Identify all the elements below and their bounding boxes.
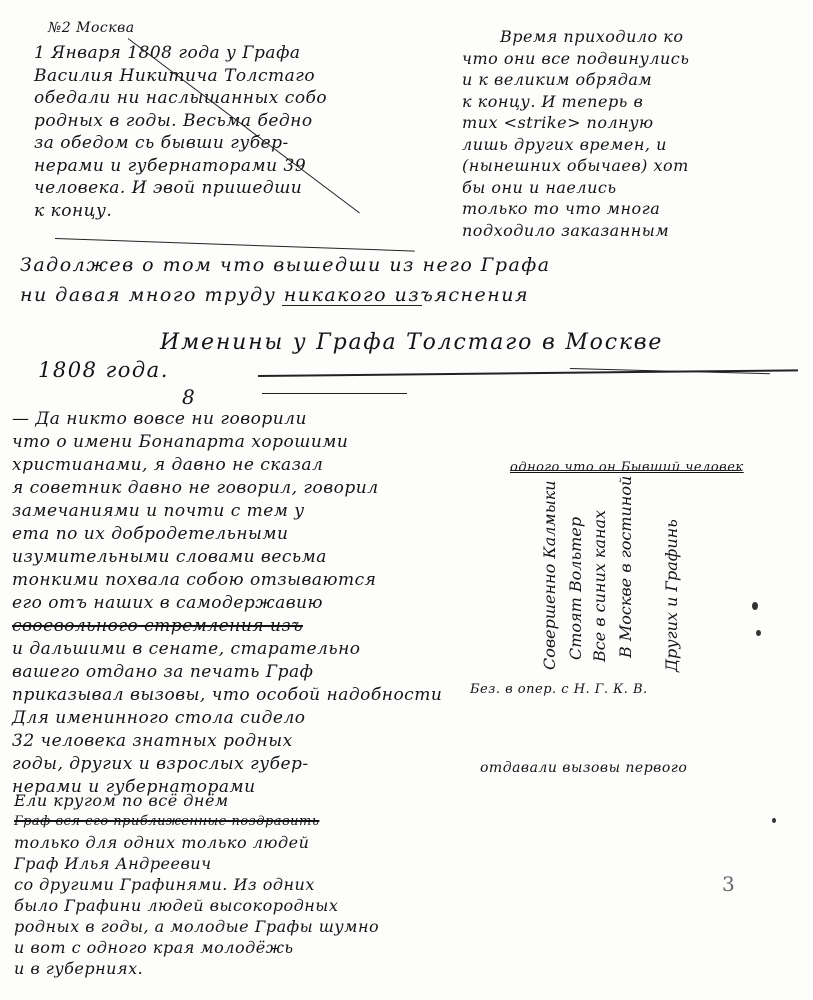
manuscript-page: №2 Москва 1 Января 1808 года у Графа Вас… (0, 0, 813, 1000)
right-line: лишь других времен, и (462, 134, 689, 156)
left-line: за обедом сь бывши губер- (34, 132, 327, 155)
right-line: подходило заказанным (462, 220, 689, 242)
left-line: родных в годы. Весьма бедно (34, 110, 327, 133)
right-line: Время приходило ко (462, 26, 689, 48)
body-line: ета по их добродетельными (12, 523, 442, 546)
lower-line: родных в годы, а молодые Графы шумно (14, 916, 379, 937)
body-line: христианами, я давно не сказал (12, 454, 442, 477)
right-line: бы они и наелись (462, 177, 689, 199)
lower-line: и в губерниях. (14, 958, 379, 979)
lower-text: Ели кругом по всё днём Граф вся его приб… (14, 790, 379, 979)
lower-line: только для одних только людей (14, 832, 379, 853)
left-line: обедали ни наслышанных собо (34, 87, 327, 110)
section-title: Именины у Графа Толстаго в Москве (160, 330, 663, 355)
margin-note-line: Стоят Вольтер (566, 370, 585, 660)
body-line: что о имени Бонапарта хорошими (12, 431, 442, 454)
ink-speck (756, 630, 761, 636)
margin-note-line: Совершенно Калмыки (540, 380, 559, 670)
section-number: 8 (182, 385, 195, 409)
middle-text: Задолжев о том что вышедши из него Графа… (20, 250, 551, 310)
body-line: годы, других и взрослых губер- (12, 753, 442, 776)
right-column-text: Время приходило ко что они все подвинули… (462, 26, 689, 241)
margin-note-line: Других и Графинь (662, 362, 681, 672)
margin-note-line: В Москве в гостиной (616, 368, 635, 658)
left-line: нерами и губернаторами 39 (34, 155, 327, 178)
body-line: я советник давно не говорил, говорил (12, 477, 442, 500)
body-line-struck: своевольного стремления изъ (12, 615, 442, 638)
lower-line: со другими Графинями. Из одних (14, 874, 379, 895)
margin-rule (510, 470, 740, 471)
body-line: вашего отдано за печать Граф (12, 661, 442, 684)
lower-line-struck: Граф вся его приближенные поздравить (14, 811, 379, 832)
right-line: только то что многа (462, 198, 689, 220)
lower-line: Ели кругом по всё днём (14, 790, 379, 811)
section-rule (258, 369, 798, 377)
body-line: 32 человека знатных родных (12, 730, 442, 753)
right-line: и к великим обрядам (462, 69, 689, 91)
short-rule (262, 393, 407, 394)
body-line: — Да никто вовсе ни говорили (12, 408, 442, 431)
body-line: изумительными словами весьма (12, 546, 442, 569)
ink-speck (772, 818, 776, 823)
body-line: тонкими похвала собою отзываются (12, 569, 442, 592)
left-line: 1 Января 1808 года у Графа (34, 42, 327, 65)
body-line: приказывал вызовы, что особой надобности (12, 684, 442, 707)
left-column-text: 1 Января 1808 года у Графа Василия Никит… (34, 42, 327, 222)
underline (282, 305, 422, 306)
left-line: к концу. (34, 200, 327, 223)
right-line: тих <strike> полную (462, 112, 689, 134)
right-line: что они все подвинулись (462, 48, 689, 70)
lower-line: Граф Илья Андреевич (14, 853, 379, 874)
section-year: 1808 года. (38, 358, 169, 382)
margin-interline: одного что он Бывший человек (510, 460, 744, 475)
page-stamp: 3 (722, 872, 735, 896)
margin-note-line: Все в синих канах (590, 372, 609, 662)
insertion-line: отдавали вызовы первого (480, 760, 687, 776)
ink-speck (752, 602, 758, 610)
body-line: замечаниями и почти с тем у (12, 500, 442, 523)
header-note: №2 Москва (48, 20, 135, 36)
right-line: (нынешних обычаев) хот (462, 155, 689, 177)
inline-note: Без. в опер. с Н. Г. К. В. (470, 682, 648, 697)
middle-line: Задолжев о том что вышедши из него Графа (20, 250, 551, 280)
body-line: и дальшими в сенате, старательно (12, 638, 442, 661)
body-text: — Да никто вовсе ни говорили что о имени… (12, 408, 442, 799)
left-line: человека. И эвой пришедши (34, 177, 327, 200)
left-line: Василия Никитича Толстаго (34, 65, 327, 88)
right-line: к концу. И теперь в (462, 91, 689, 113)
lower-line: и вот с одного края молодёжь (14, 937, 379, 958)
lower-line: было Графини людей высокородных (14, 895, 379, 916)
body-line: его отъ наших в самодержавию (12, 592, 442, 615)
body-line: Для именинного стола сидело (12, 707, 442, 730)
